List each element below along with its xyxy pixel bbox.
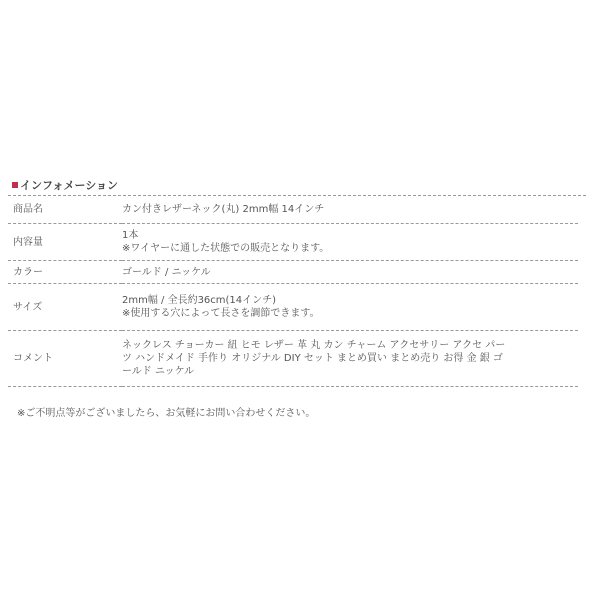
value-line: 2mm幅 / 全長約36cm(14インチ) [122, 294, 578, 307]
value-line: ※ワイヤーに通した状態での販売となります。 [122, 242, 578, 255]
value-line: ツ ハンドメイド 手作り オリジナル DIY セット まとめ買い まとめ売り お… [122, 352, 578, 365]
row-value: 2mm幅 / 全長約36cm(14インチ) ※使用する穴によって長さを調節できま… [122, 284, 578, 331]
value-line: ゴールド / ニッケル [122, 266, 578, 279]
row-value: ゴールド / ニッケル [122, 261, 578, 284]
value-line: ールド ニッケル [122, 365, 578, 378]
row-label: カラー [8, 261, 122, 284]
row-label: サイズ [8, 284, 122, 331]
value-line: ※使用する穴によって長さを調節できます。 [122, 307, 578, 320]
value-line: 1本 [122, 229, 578, 242]
table-row-quantity: 内容量 1本 ※ワイヤーに通した状態での販売となります。 [8, 224, 578, 261]
table-row-product-name: 商品名 カン付きレザーネック(丸) 2mm幅 14インチ [8, 196, 578, 224]
value-line: カン付きレザーネック(丸) 2mm幅 14インチ [122, 203, 578, 216]
footer-note: ※ご不明点等がございましたら、お気軽にお問い合わせください。 [17, 404, 315, 419]
info-table: 商品名 カン付きレザーネック(丸) 2mm幅 14インチ 内容量 1本 ※ワイヤ… [8, 196, 578, 387]
value-line: ネックレス チョーカー 紐 ヒモ レザー 革 丸 カン チャーム アクセサリー … [122, 339, 578, 352]
square-marker-icon [12, 182, 18, 188]
row-value: 1本 ※ワイヤーに通した状態での販売となります。 [122, 224, 578, 261]
information-section: インフォメーション 商品名 カン付きレザーネック(丸) 2mm幅 14インチ 内… [8, 175, 586, 387]
table-row-color: カラー ゴールド / ニッケル [8, 261, 578, 284]
row-label: コメント [8, 331, 122, 387]
row-label: 内容量 [8, 224, 122, 261]
row-value: ネックレス チョーカー 紐 ヒモ レザー 革 丸 カン チャーム アクセサリー … [122, 331, 578, 387]
section-header: インフォメーション [8, 175, 586, 196]
row-label: 商品名 [8, 196, 122, 224]
row-value: カン付きレザーネック(丸) 2mm幅 14インチ [122, 196, 578, 224]
table-row-size: サイズ 2mm幅 / 全長約36cm(14インチ) ※使用する穴によって長さを調… [8, 284, 578, 331]
table-row-comment: コメント ネックレス チョーカー 紐 ヒモ レザー 革 丸 カン チャーム アク… [8, 331, 578, 387]
section-title: インフォメーション [20, 177, 118, 193]
